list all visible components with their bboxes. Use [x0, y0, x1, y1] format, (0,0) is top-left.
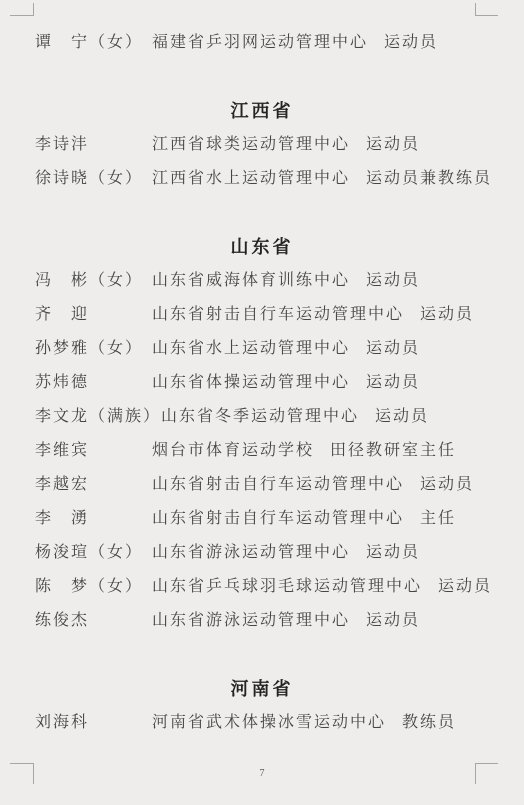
- page-number: 7: [0, 768, 524, 779]
- list-item: 李维宾烟台市体育运动学校田径教研室主任: [35, 434, 489, 468]
- role-title: 主任: [420, 502, 456, 536]
- organization-name: 河南省武术体操冰雪运动中心: [152, 706, 386, 740]
- person-name: 李诗沣: [35, 128, 152, 162]
- section-heading: 河南省: [35, 672, 489, 706]
- person-name: 陈 梦（女）: [35, 570, 152, 604]
- list-item: 刘海科河南省武术体操冰雪运动中心教练员: [35, 706, 489, 740]
- person-name: 杨浚瑄（女）: [35, 536, 152, 570]
- person-name: 孙梦雅（女）: [35, 332, 152, 366]
- section-heading: 山东省: [35, 230, 489, 264]
- section-gap: [35, 196, 489, 230]
- role-title: 运动员: [420, 298, 474, 332]
- margin-crop-mark-top-right: [475, 3, 498, 16]
- list-item: 苏炜德山东省体操运动管理中心运动员: [35, 366, 489, 400]
- role-title: 运动员: [366, 604, 420, 638]
- list-item: 冯 彬（女）山东省威海体育训练中心运动员: [35, 264, 489, 298]
- organization-name: 山东省体操运动管理中心: [152, 366, 350, 400]
- organization-name: 山东省射击自行车运动管理中心: [152, 298, 404, 332]
- role-title: 运动员: [366, 128, 420, 162]
- organization-name: 福建省乒羽网运动管理中心: [152, 26, 368, 60]
- organization-name: 山东省乒乓球羽毛球运动管理中心: [152, 570, 422, 604]
- organization-name: 山东省冬季运动管理中心: [161, 400, 359, 434]
- list-item: 孙梦雅（女）山东省水上运动管理中心运动员: [35, 332, 489, 366]
- list-item: 杨浚瑄（女）山东省游泳运动管理中心运动员: [35, 536, 489, 570]
- person-name: 李文龙（满族）: [35, 400, 161, 434]
- person-name: 齐 迎: [35, 298, 152, 332]
- organization-name: 山东省游泳运动管理中心: [152, 536, 350, 570]
- person-name: 刘海科: [35, 706, 152, 740]
- section-gap: [35, 638, 489, 672]
- list-item: 练俊杰山东省游泳运动管理中心运动员: [35, 604, 489, 638]
- person-name: 练俊杰: [35, 604, 152, 638]
- list-item: 李文龙（满族）山东省冬季运动管理中心运动员: [35, 400, 489, 434]
- person-name: 李 湧: [35, 502, 152, 536]
- list-item: 李 湧山东省射击自行车运动管理中心主任: [35, 502, 489, 536]
- role-title: 运动员兼教练员: [366, 162, 492, 196]
- person-name: 冯 彬（女）: [35, 264, 152, 298]
- role-title: 运动员: [366, 366, 420, 400]
- role-title: 田径教研室主任: [330, 434, 456, 468]
- person-name: 谭 宁（女）: [35, 26, 152, 60]
- role-title: 运动员: [366, 536, 420, 570]
- role-title: 运动员: [366, 264, 420, 298]
- list-item: 李诗沣江西省球类运动管理中心运动员: [35, 128, 489, 162]
- organization-name: 山东省射击自行车运动管理中心: [152, 468, 404, 502]
- document-page: 谭 宁（女）福建省乒羽网运动管理中心运动员江西省李诗沣江西省球类运动管理中心运动…: [0, 0, 524, 805]
- margin-crop-mark-top-left: [10, 3, 34, 16]
- person-name: 李越宏: [35, 468, 152, 502]
- organization-name: 山东省射击自行车运动管理中心: [152, 502, 404, 536]
- role-title: 运动员: [420, 468, 474, 502]
- list-item: 徐诗晓（女）江西省水上运动管理中心运动员兼教练员: [35, 162, 489, 196]
- list-item: 齐 迎山东省射击自行车运动管理中心运动员: [35, 298, 489, 332]
- person-name: 徐诗晓（女）: [35, 162, 152, 196]
- organization-name: 山东省水上运动管理中心: [152, 332, 350, 366]
- organization-name: 江西省水上运动管理中心: [152, 162, 350, 196]
- document-content: 谭 宁（女）福建省乒羽网运动管理中心运动员江西省李诗沣江西省球类运动管理中心运动…: [35, 26, 489, 740]
- role-title: 教练员: [402, 706, 456, 740]
- list-item: 陈 梦（女）山东省乒乓球羽毛球运动管理中心运动员: [35, 570, 489, 604]
- section-heading: 江西省: [35, 94, 489, 128]
- organization-name: 烟台市体育运动学校: [152, 434, 314, 468]
- person-name: 苏炜德: [35, 366, 152, 400]
- organization-name: 山东省游泳运动管理中心: [152, 604, 350, 638]
- organization-name: 江西省球类运动管理中心: [152, 128, 350, 162]
- role-title: 运动员: [366, 332, 420, 366]
- role-title: 运动员: [375, 400, 429, 434]
- role-title: 运动员: [438, 570, 492, 604]
- list-item: 李越宏山东省射击自行车运动管理中心运动员: [35, 468, 489, 502]
- list-item: 谭 宁（女）福建省乒羽网运动管理中心运动员: [35, 26, 489, 60]
- person-name: 李维宾: [35, 434, 152, 468]
- organization-name: 山东省威海体育训练中心: [152, 264, 350, 298]
- role-title: 运动员: [384, 26, 438, 60]
- section-gap: [35, 60, 489, 94]
